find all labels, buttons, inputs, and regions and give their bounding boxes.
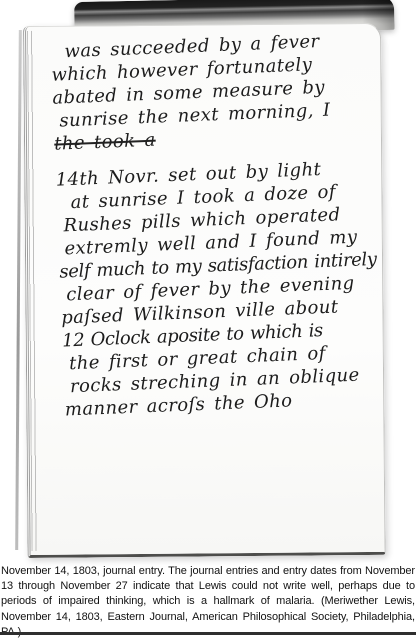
page-stack-edges: [27, 31, 39, 551]
journal-photograph: was succeeded by a fever which however f…: [14, 0, 400, 566]
handwriting-block: was succeeded by a fever which however f…: [50, 28, 389, 422]
bottom-rule: [0, 632, 416, 635]
book-figure: was succeeded by a fever which however f…: [0, 0, 416, 640]
book-outer-edge: [15, 30, 22, 550]
figure-caption: November 14, 1803, journal entry. The jo…: [1, 564, 415, 640]
journal-page: was succeeded by a fever which however f…: [23, 23, 386, 558]
